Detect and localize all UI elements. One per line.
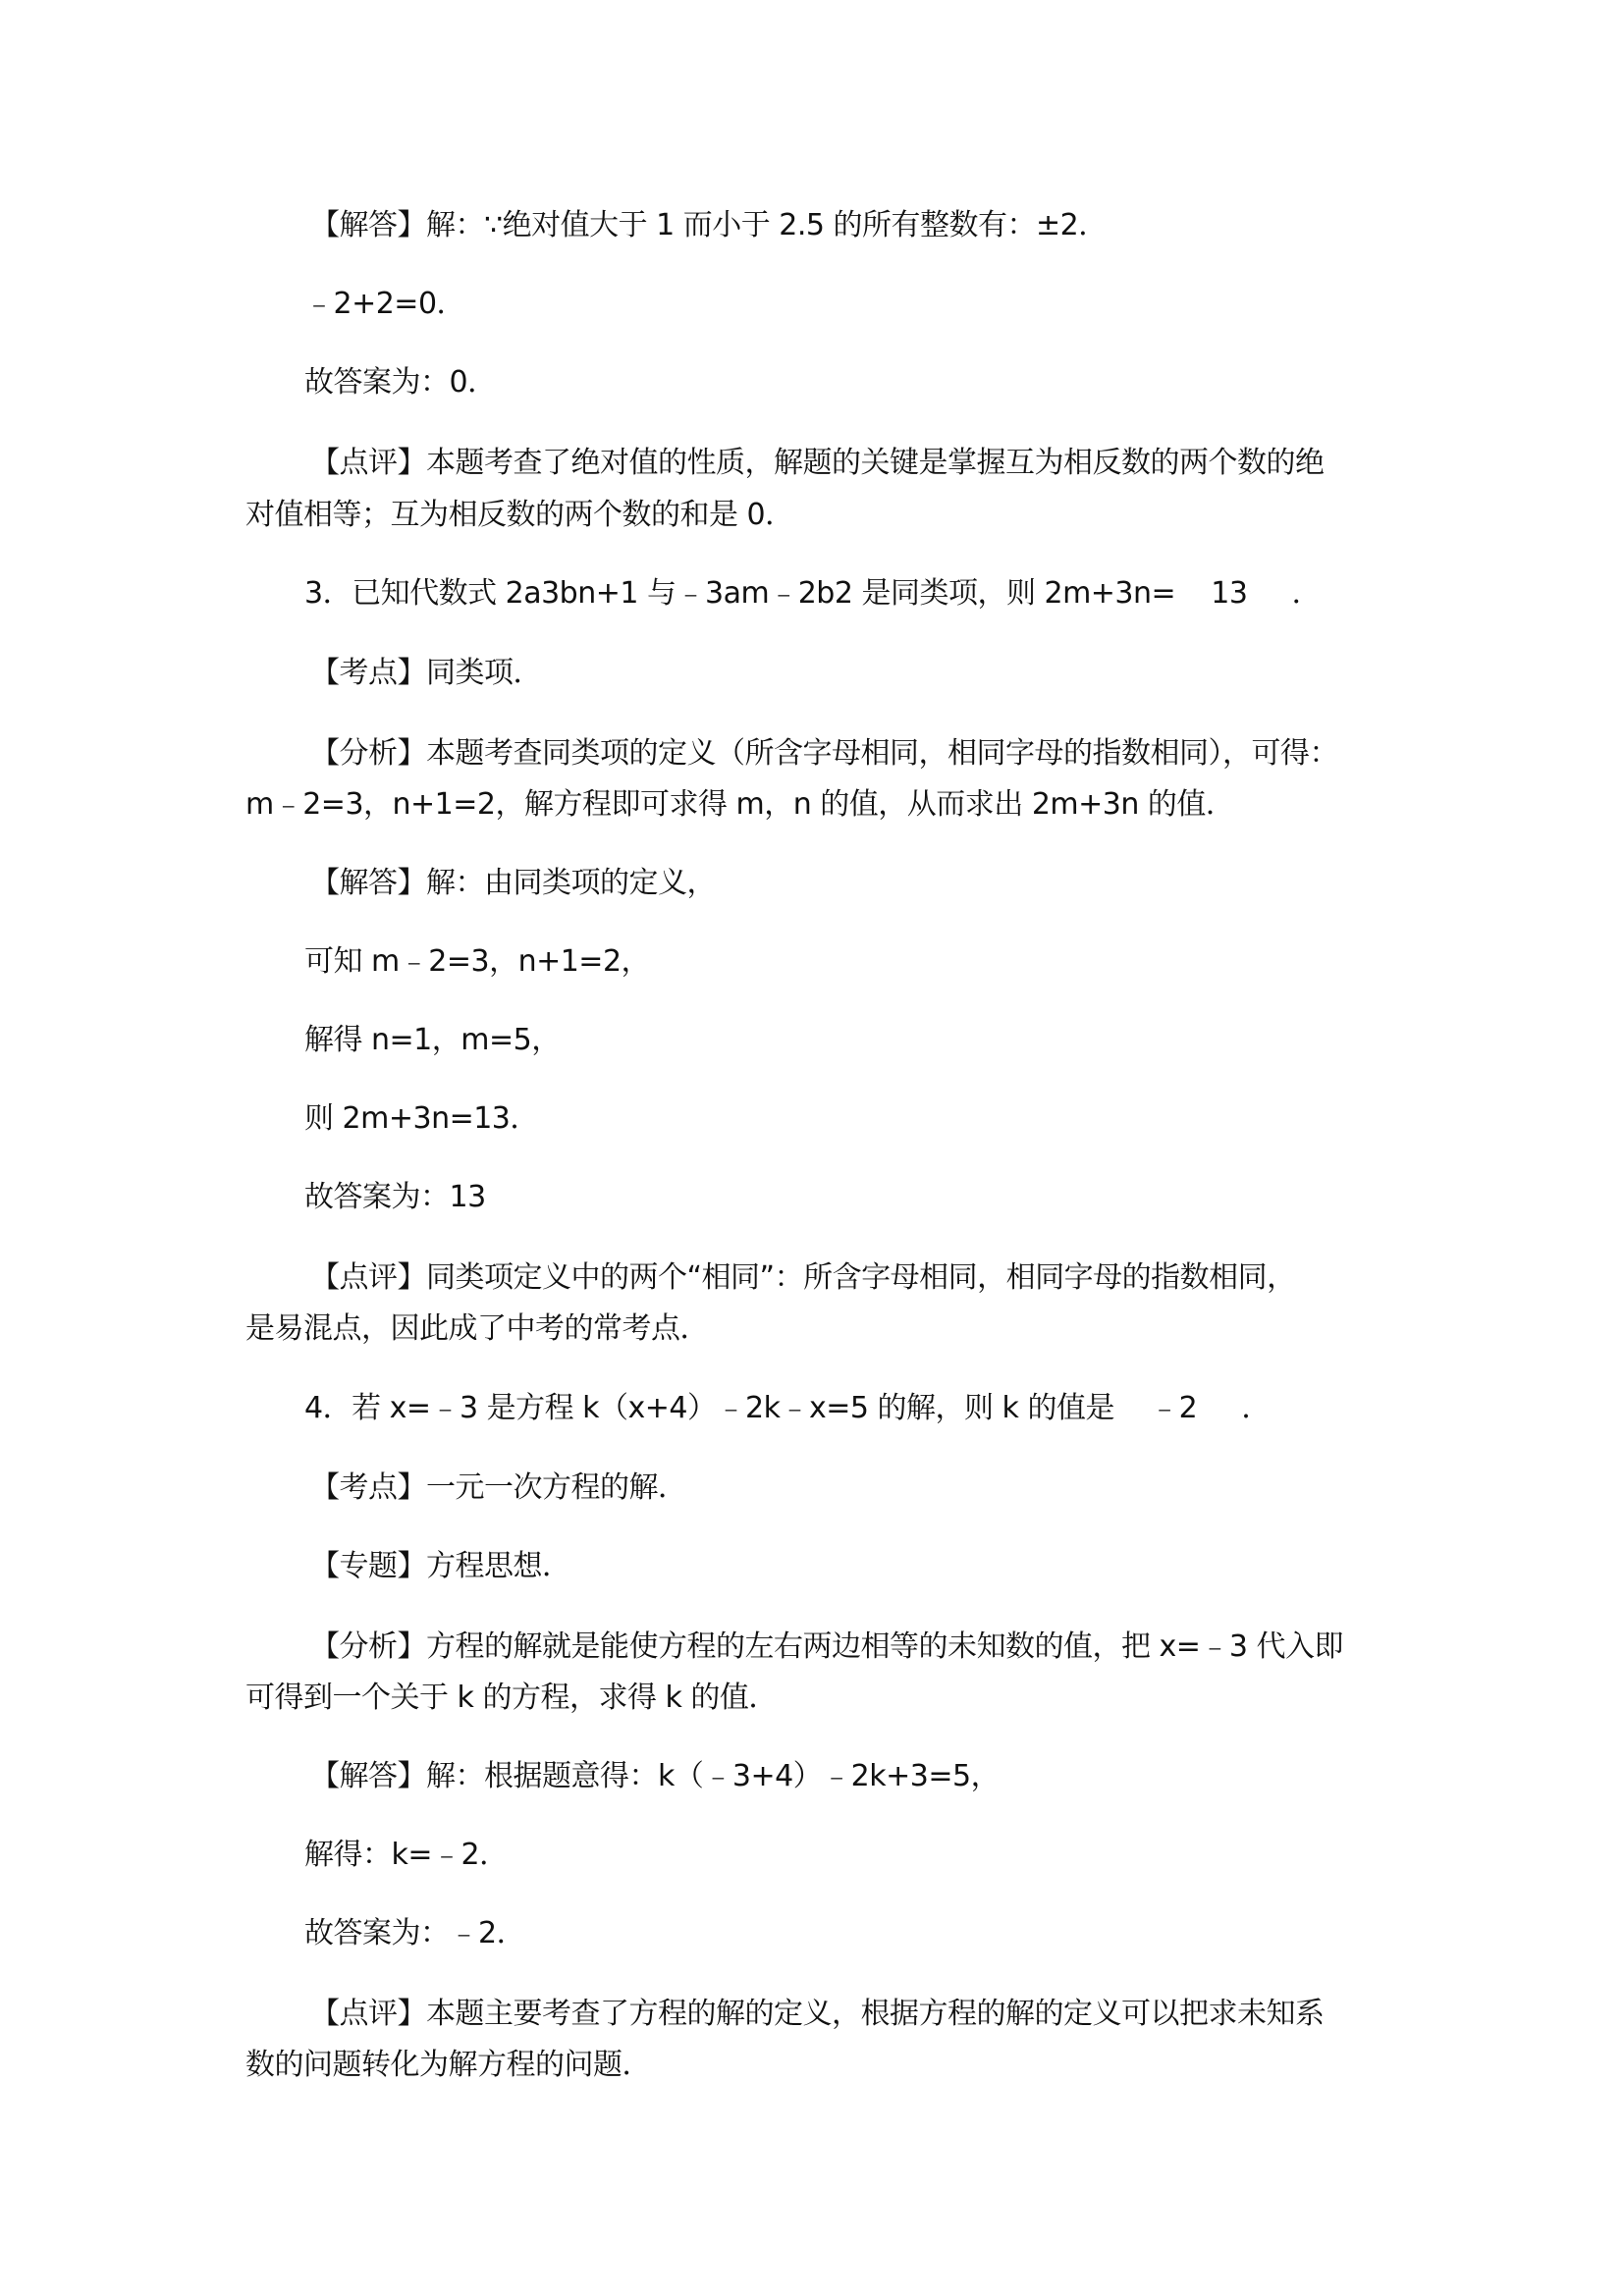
section-line: 【考点】同类项． bbox=[310, 654, 542, 693]
continuation-line: 可得到一个关于 k 的方程，求得 k 的值． bbox=[245, 1679, 778, 1718]
section-line: 【点评】同类项定义中的两个“相同”：所含字母相同，相同字母的指数相同， bbox=[310, 1258, 1296, 1298]
body-line: 解得：k=﹣2． bbox=[304, 1836, 509, 1875]
section-line: 【解答】解：根据题意得：k（﹣3+4）﹣2k+3=5， bbox=[310, 1757, 1000, 1796]
body-line: 解得 n=1，m=5， bbox=[304, 1021, 561, 1060]
question-line: 4．若 x=﹣3 是方程 k（x+4）﹣2k﹣x=5 的解，则 k 的值是 ﹣2… bbox=[304, 1389, 1271, 1428]
section-line: 【分析】方程的解就是能使方程的左右两边相等的未知数的值，把 x=﹣3 代入即 bbox=[310, 1628, 1343, 1667]
section-line: 【专题】方程思想． bbox=[310, 1547, 571, 1586]
section-line: 【解答】解：由同类项的定义， bbox=[310, 864, 716, 903]
continuation-line: 数的问题转化为解方程的问题． bbox=[245, 2046, 651, 2085]
body-line: ﹣2+2=0． bbox=[304, 285, 465, 324]
continuation-line: m﹣2=3，n+1=2，解方程即可求得 m，n 的值，从而求出 2m+3n 的值… bbox=[245, 785, 1234, 825]
question-line: 3．已知代数式 2a3bn+1 与﹣3am﹣2b2 是同类项，则 2m+3n= … bbox=[304, 574, 1321, 614]
section-line: 【点评】本题主要考查了方程的解的定义，根据方程的解的定义可以把求未知系 bbox=[310, 1995, 1325, 2034]
section-line: 【考点】一元一次方程的解． bbox=[310, 1468, 687, 1508]
continuation-line: 是易混点，因此成了中考的常考点． bbox=[245, 1309, 709, 1349]
section-line: 【解答】解：∵绝对值大于 1 而小于 2.5 的所有整数有：±2． bbox=[310, 206, 1108, 245]
section-line: 【分析】本题考查同类项的定义（所含字母相同，相同字母的指数相同），可得： bbox=[310, 734, 1338, 774]
body-line: 则 2m+3n=13． bbox=[304, 1099, 539, 1139]
body-line: 故答案为：13 bbox=[304, 1178, 486, 1217]
body-line: 故答案为：0． bbox=[304, 363, 497, 402]
body-line: 故答案为：﹣2． bbox=[304, 1914, 525, 1953]
body-line: 可知 m﹣2=3，n+1=2， bbox=[304, 942, 650, 982]
continuation-line: 对值相等；互为相反数的两个数的和是 0． bbox=[245, 496, 794, 535]
section-line: 【点评】本题考查了绝对值的性质，解题的关键是掌握互为相反数的两个数的绝 bbox=[310, 444, 1325, 483]
